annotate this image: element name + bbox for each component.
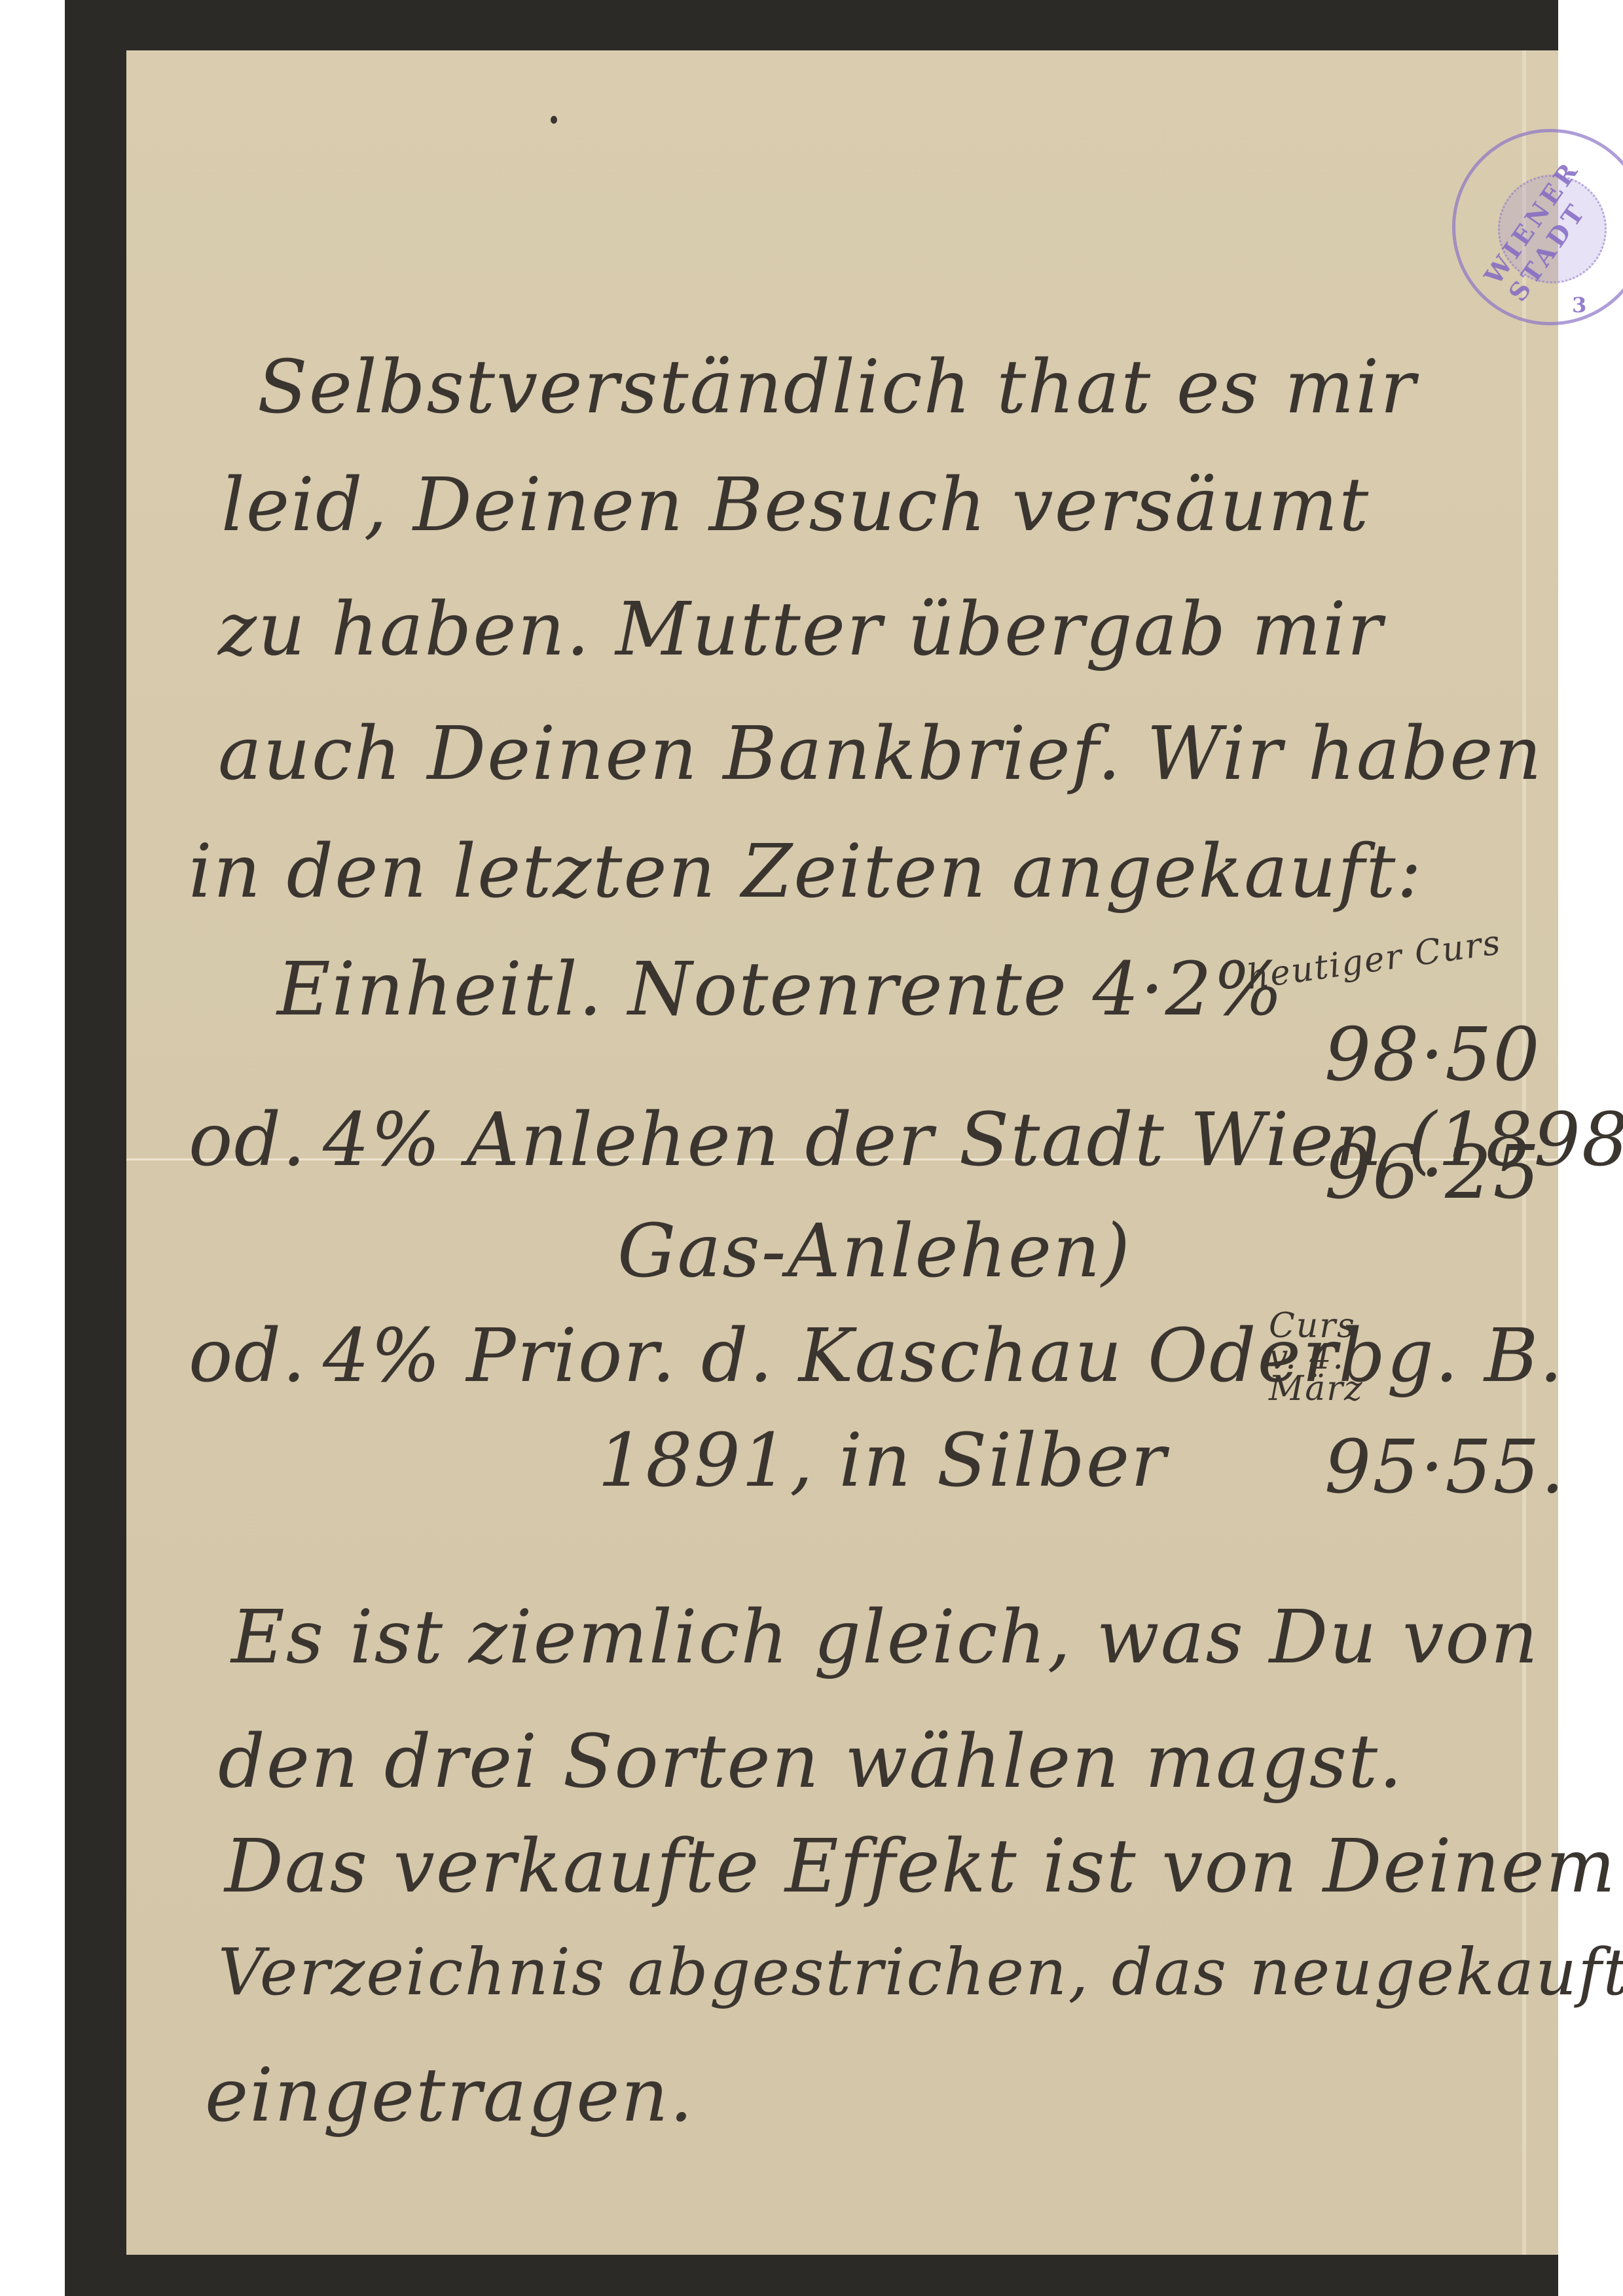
letter-line-3: zu haben. Mutter übergab mir — [218, 587, 1383, 672]
closing-line-1: Es ist ziemlich gleich, was Du von — [231, 1595, 1539, 1680]
letter-line-5: in den letzten Zeiten angekauft: — [189, 829, 1423, 914]
closing-line-3: Das verkaufte Effekt ist von Deinem — [225, 1824, 1616, 1909]
security-3-name: 4% Prior. d. Kaschau Oderbg. B. — [323, 1314, 1564, 1399]
security-3-prefix: od. — [189, 1314, 307, 1399]
ink-dot — [551, 116, 557, 124]
letter-line-1: Selbstverständlich that es mir — [257, 345, 1417, 430]
security-3-price: 95·55. — [1324, 1425, 1565, 1510]
archive-stamp: WIENER STADT 3 — [1452, 129, 1623, 325]
security-2-prefix: od. — [189, 1098, 307, 1183]
letter-line-2: leid, Deinen Besuch versäumt — [221, 463, 1370, 548]
security-1-name: Einheitl. Notenrente 4·2% — [277, 947, 1284, 1032]
closing-line-5: eingetragen. — [205, 2053, 694, 2138]
closing-line-2: den drei Sorten wählen magst. — [218, 1719, 1404, 1804]
security-2-price: 96·25 — [1324, 1130, 1541, 1215]
security-2-subline: Gas-Anlehen) — [617, 1209, 1131, 1294]
letter-line-4: auch Deinen Bankbrief. Wir haben — [218, 711, 1543, 797]
stamp-number: 3 — [1572, 293, 1586, 317]
security-3-price-note: Curs v. 4. März — [1269, 1310, 1367, 1405]
letter-page: WIENER STADT 3 Selbstverständlich that e… — [126, 50, 1558, 2255]
security-3-subline: 1891, in Silber — [598, 1418, 1167, 1503]
security-1-price: 98·50 — [1324, 1013, 1541, 1098]
closing-line-4: Verzeichnis abgestrichen, das neugekauft… — [218, 1935, 1623, 2010]
